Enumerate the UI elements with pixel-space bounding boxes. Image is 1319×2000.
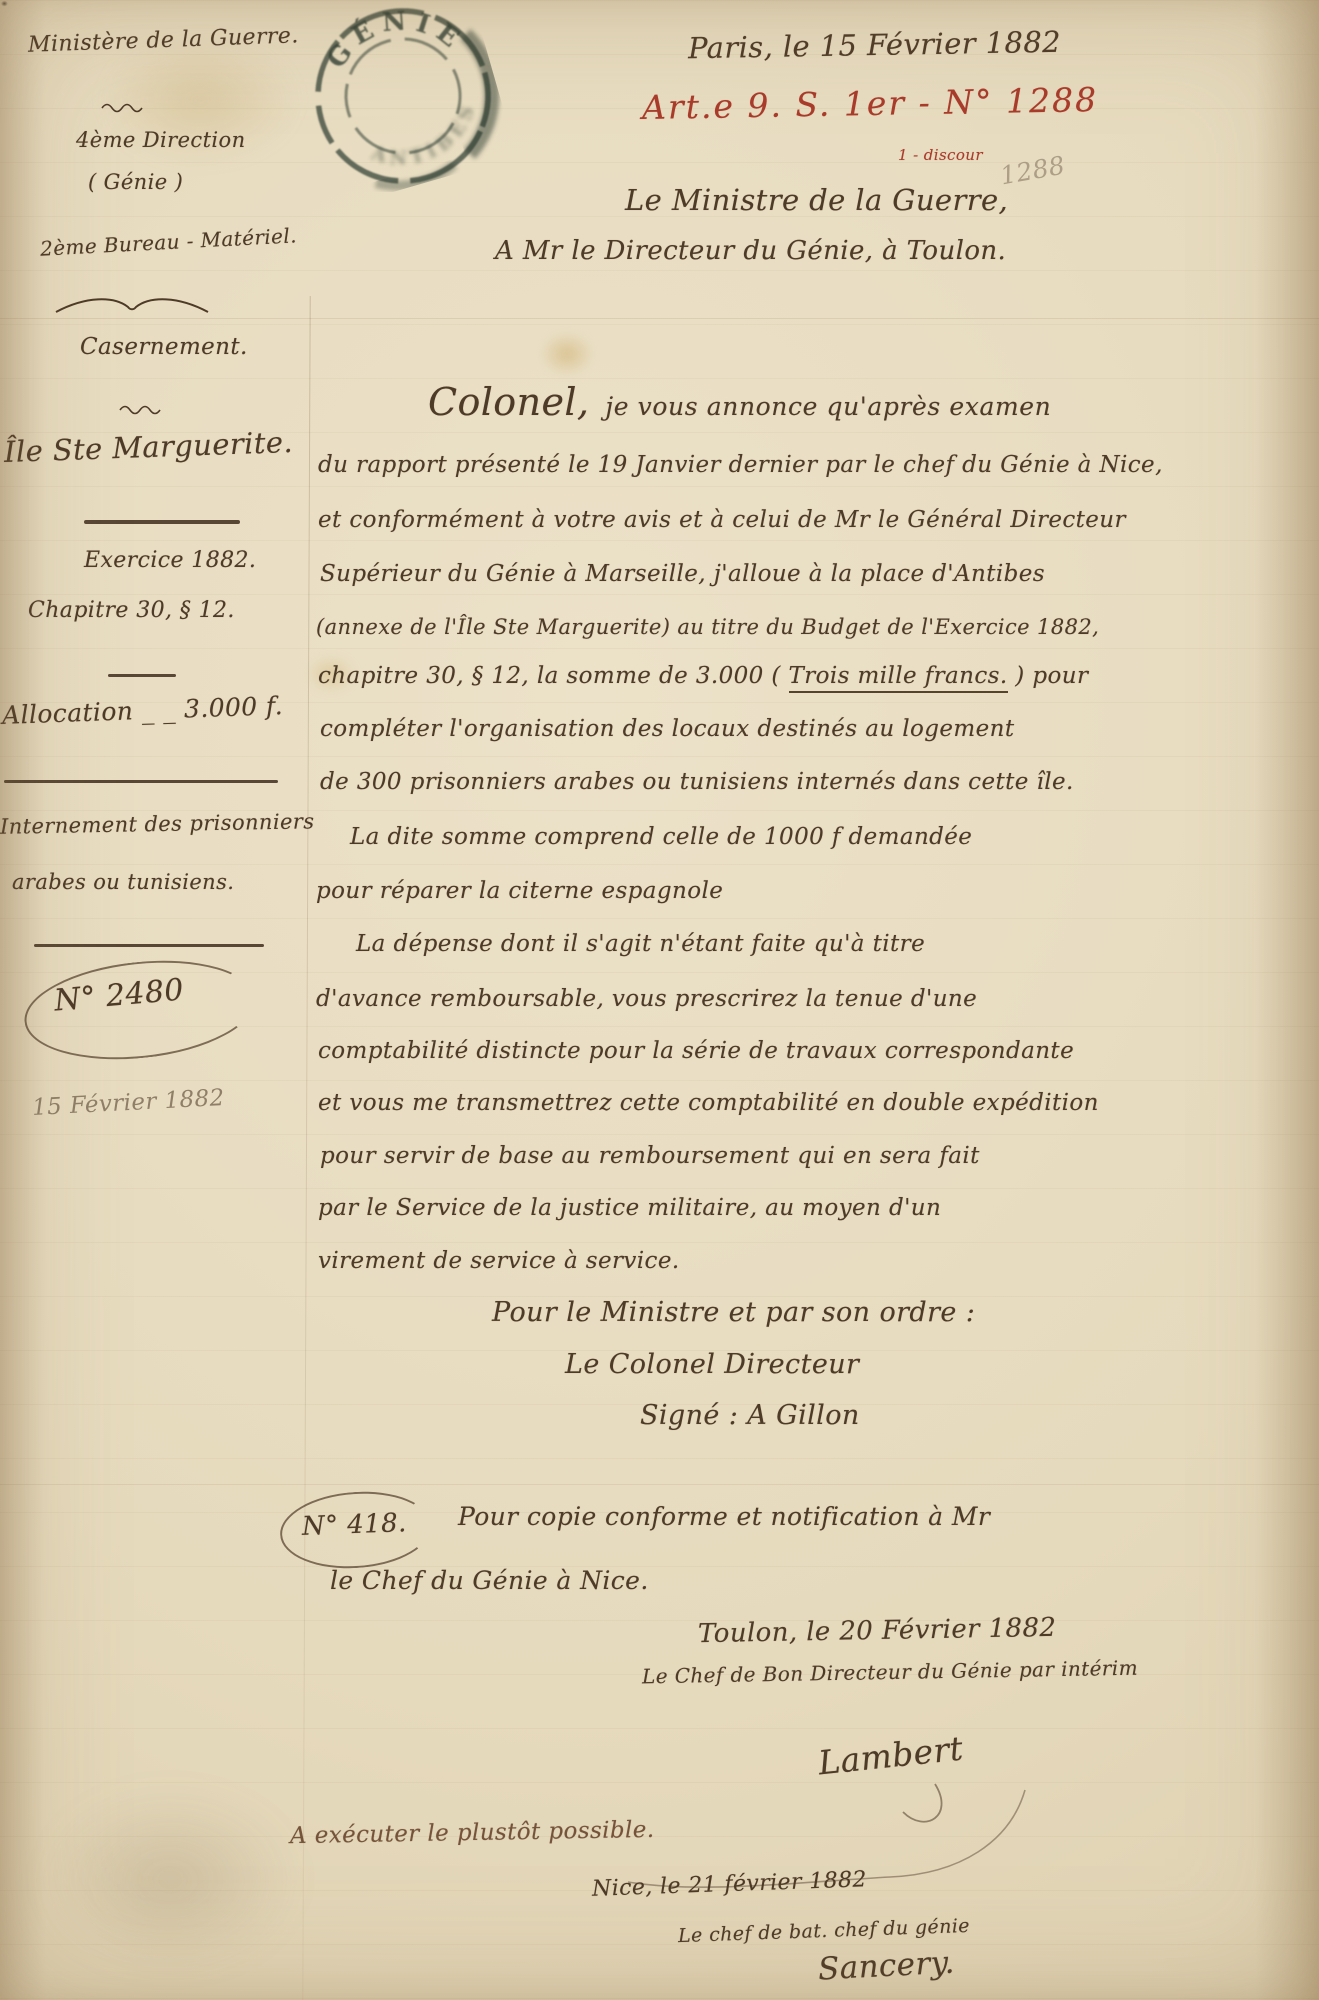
margin-internement-line2: arabes ou tunisiens. — [12, 870, 234, 894]
body-line: (annexe de l'Île Ste Marguerite) au titr… — [316, 615, 1099, 639]
body-line: comptabilité distincte pour la série de … — [318, 1038, 1074, 1064]
fold-crease-vertical — [302, 296, 310, 2000]
scan-corner-mark — [0, 0, 22, 18]
rule-divider — [108, 674, 176, 677]
margin-casernement-label: Casernement. — [80, 334, 248, 360]
margin-genie-label: ( Génie ) — [88, 170, 183, 194]
body-opening-line: Colonel, je vous annonce qu'après examen — [428, 380, 1051, 424]
sum-post: ) pour — [1008, 663, 1089, 689]
closing-signed: Signé : A Gillon — [640, 1400, 860, 1431]
body-line: pour réparer la citerne espagnole — [316, 878, 723, 904]
copy-signer-title: Le Chef de Bon Directeur du Génie par in… — [642, 1656, 1138, 1689]
recipient-line: A Mr le Directeur du Génie, à Toulon. — [495, 236, 1006, 266]
fold-crease-horizontal — [0, 318, 1319, 319]
body-line: La dite somme comprend celle de 1000 f d… — [350, 824, 972, 850]
body-line: et conformément à votre avis et à celui … — [318, 507, 1126, 533]
stamp-bottom-text: ANTIBES — [358, 94, 492, 181]
rule-divider — [34, 944, 264, 947]
body-line: compléter l'organisation des locaux dest… — [320, 716, 1014, 742]
reference-number-red: Art.e 9. S. 1er - N° 1288 — [642, 80, 1099, 127]
svg-text:ANTIBES: ANTIBES — [358, 94, 492, 181]
signature-lambert: Lambert — [816, 1729, 965, 1783]
copy-line1: Pour copie conforme et notification à Mr — [458, 1502, 990, 1531]
body-line-sum: chapitre 30, § 12, la somme de 3.000 ( T… — [318, 663, 1088, 689]
opening-rest: je vous annonce qu'après examen — [605, 392, 1051, 421]
margin-bureau-label: 2ème Bureau - Matériel. — [40, 223, 298, 260]
copy-line2: le Chef du Génie à Nice. — [330, 1566, 649, 1595]
sum-pre: chapitre 30, § 12, la somme de 3.000 ( — [318, 663, 789, 689]
body-line: Supérieur du Génie à Marseille, j'alloue… — [320, 561, 1045, 587]
fold-crease-horizontal — [0, 1484, 1319, 1485]
red-annotation: 1 - discour — [898, 146, 983, 164]
signature-sancery: Sancery. — [817, 1944, 955, 1987]
body-line: de 300 prisonniers arabes ou tunisiens i… — [320, 769, 1074, 795]
margin-exercice-label: Exercice 1882. — [84, 548, 256, 573]
execution-instruction: A exécuter le plustôt possible. — [290, 1817, 655, 1849]
body-line: virement de service à service. — [318, 1248, 680, 1274]
copy-number: N° 418. — [302, 1508, 408, 1542]
margin-direction-label: 4ème Direction — [76, 128, 246, 152]
sum-underlined-amount: Trois mille francs. — [789, 663, 1008, 693]
body-line: d'avance remboursable, vous prescrirez l… — [316, 986, 977, 1012]
stamp-top-text: GÉNIE — [313, 2, 476, 93]
margin-pencil-date: 15 Février 1882 — [31, 1085, 225, 1121]
svg-text:GÉNIE: GÉNIE — [313, 2, 476, 93]
paper-stain — [0, 1760, 340, 2000]
footer-signer-title: Le chef de bat. chef du génie — [678, 1915, 971, 1947]
body-line: et vous me transmettrez cette comptabili… — [318, 1090, 1099, 1116]
squiggle-divider-icon — [100, 100, 156, 112]
squiggle-divider-icon — [118, 402, 174, 414]
rule-divider — [84, 520, 240, 524]
brace-divider-icon — [52, 294, 212, 318]
body-line: La dépense dont il s'agit n'étant faite … — [356, 931, 925, 957]
margin-chapitre-label: Chapitre 30, § 12. — [28, 598, 235, 623]
closing-formula: Pour le Ministre et par son ordre : — [492, 1297, 975, 1328]
sender-line: Le Ministre de la Guerre, — [625, 183, 1008, 217]
genie-stamp-icon: GÉNIE ANTIBES — [292, 2, 514, 192]
paper-edge-shadow — [1255, 0, 1319, 2000]
dateline-paris: Paris, le 15 Février 1882 — [688, 25, 1062, 66]
margin-internement-line1: Internement des prisonniers — [0, 809, 315, 838]
body-line: pour servir de base au remboursement qui… — [320, 1143, 980, 1169]
margin-ile-marguerite-label: Île Ste Marguerite. — [3, 425, 293, 469]
margin-ministry-label: Ministère de la Guerre. — [28, 23, 299, 57]
dateline-toulon: Toulon, le 20 Février 1882 — [698, 1613, 1057, 1649]
body-line: par le Service de la justice militaire, … — [318, 1195, 941, 1221]
document-page: GÉNIE ANTIBES Ministère de la Guerre. 4è… — [0, 0, 1319, 2000]
pencil-number: 1288 — [998, 151, 1067, 191]
rule-divider — [4, 780, 278, 783]
body-line: du rapport présenté le 19 Janvier dernie… — [318, 452, 1163, 478]
paper-stain — [528, 322, 606, 386]
opening-word: Colonel, — [428, 380, 589, 424]
closing-title: Le Colonel Directeur — [565, 1349, 859, 1380]
margin-allocation-label: Allocation _ _ 3.000 f. — [2, 691, 284, 730]
